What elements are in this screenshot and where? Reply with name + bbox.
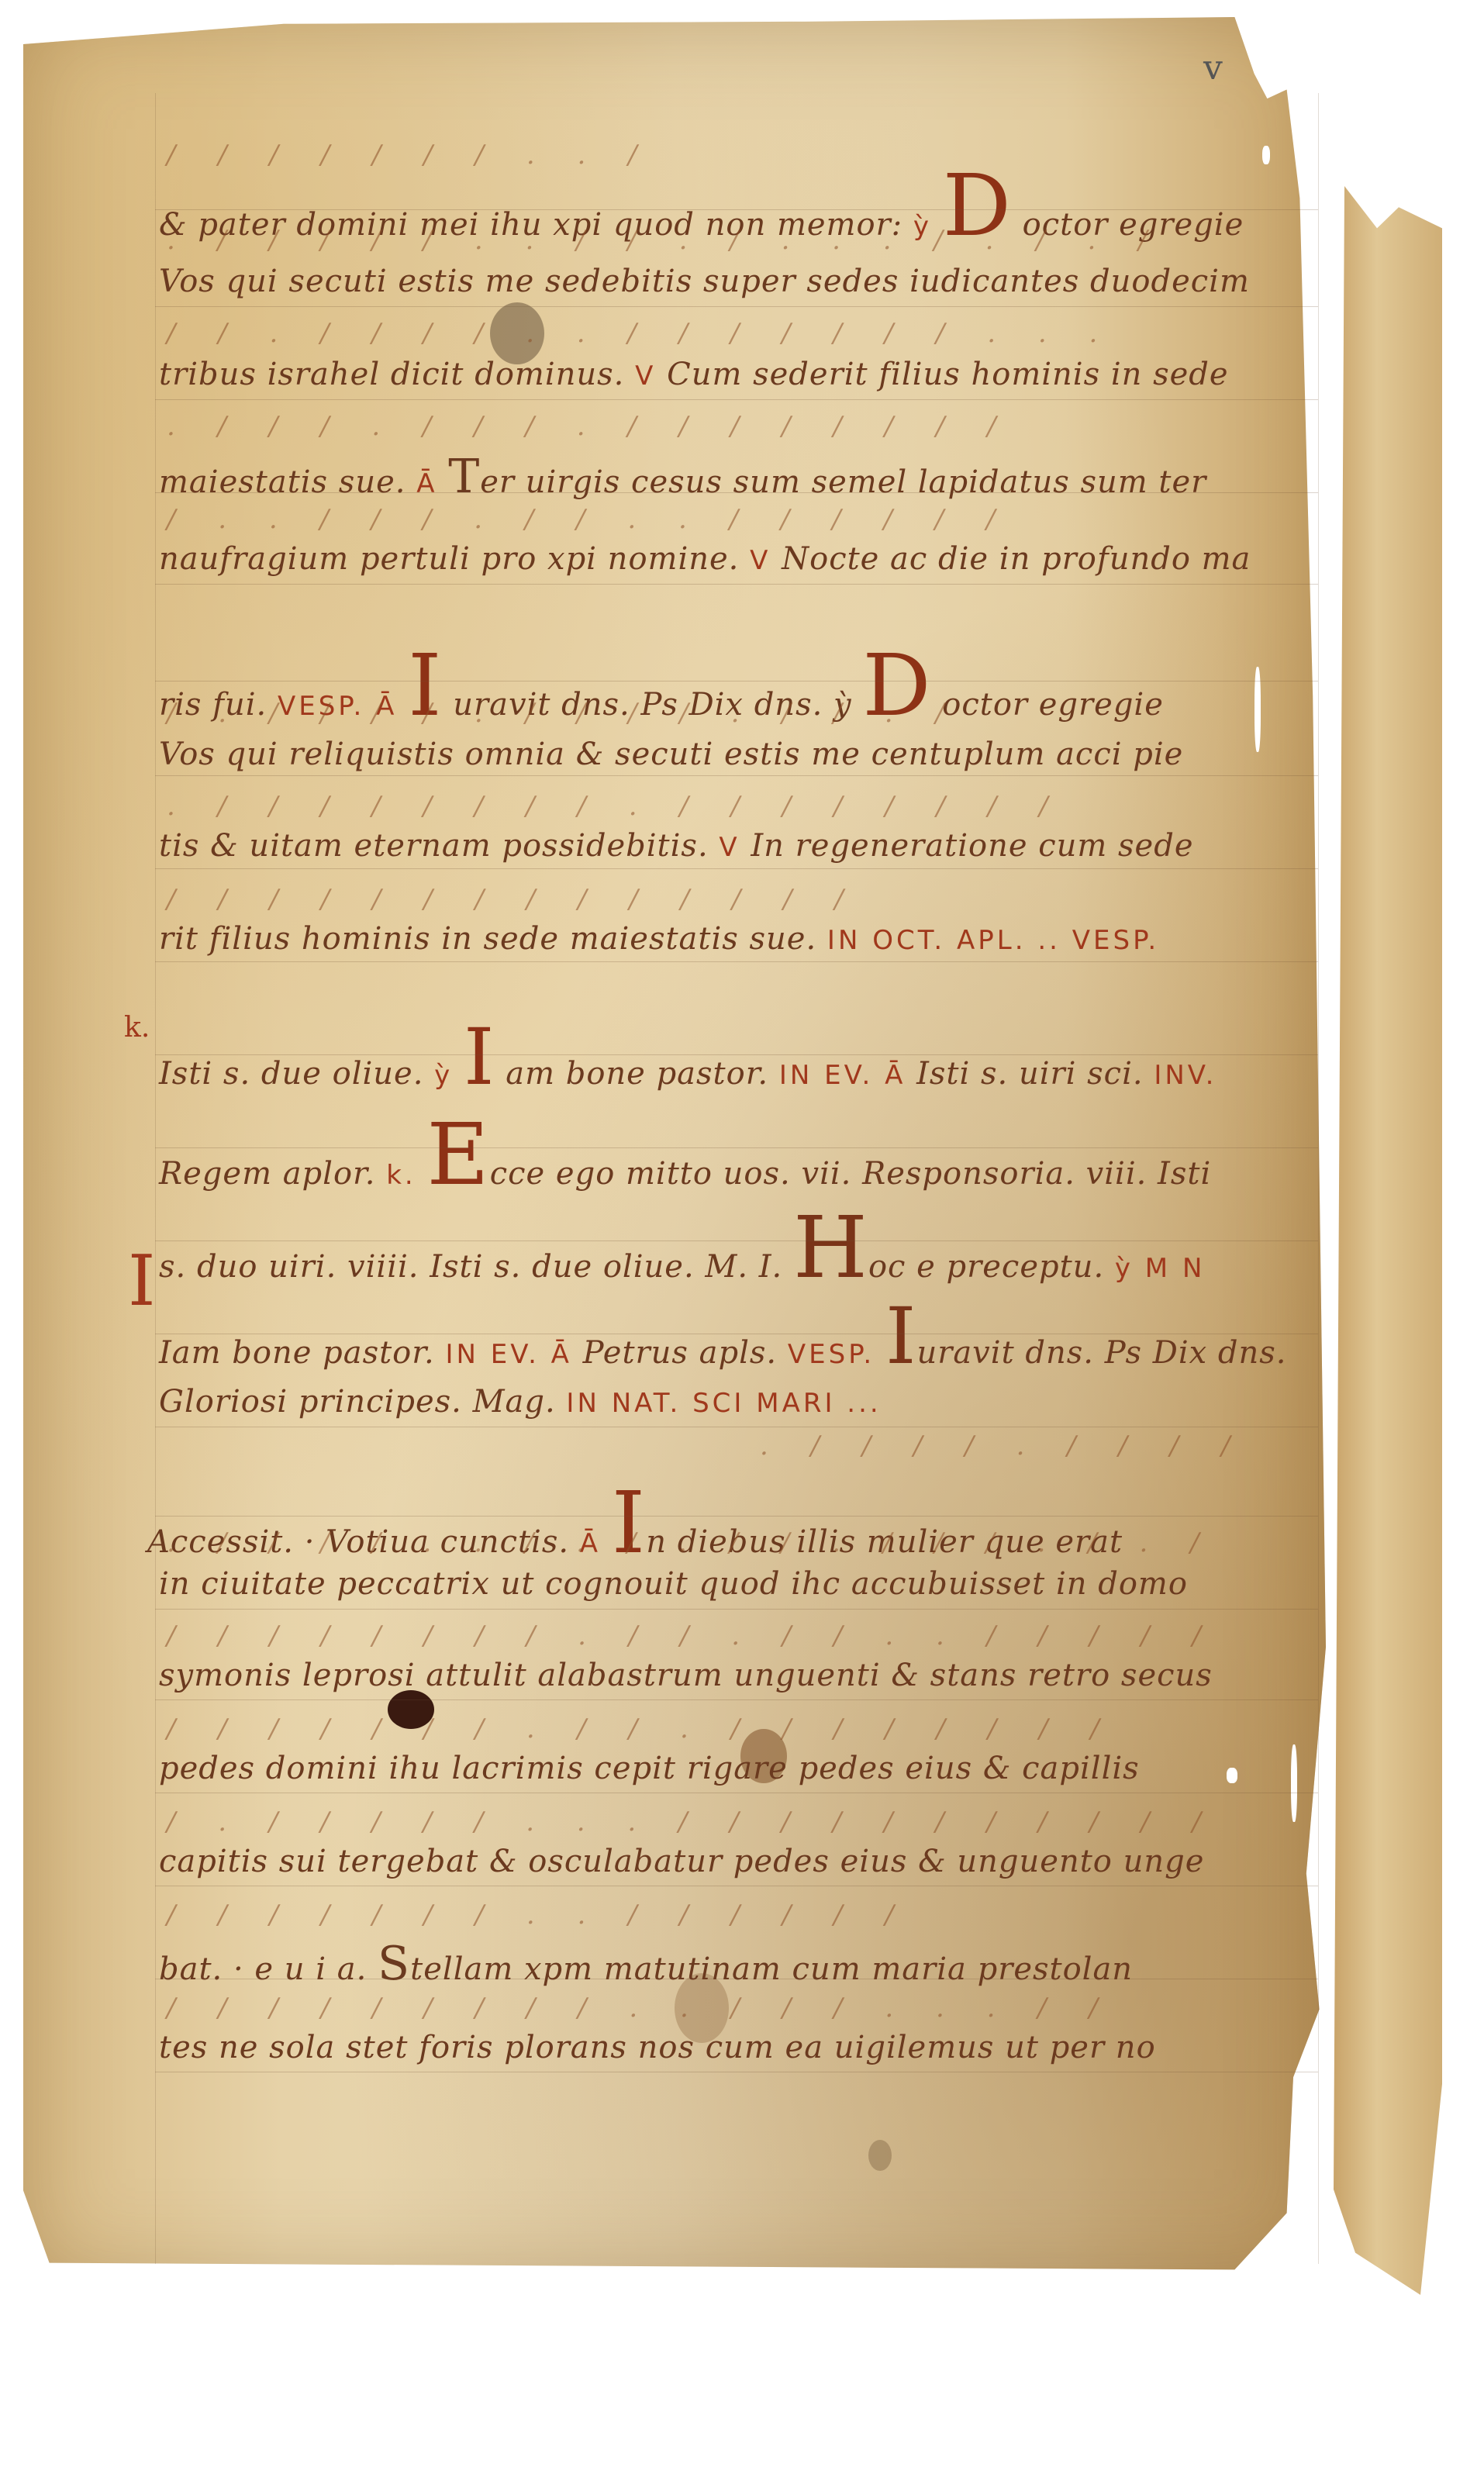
folio-mark: v bbox=[1203, 48, 1223, 88]
ruling-line bbox=[155, 775, 1318, 776]
text-line-21: tes ne sola stet foris plorans nos cum e… bbox=[159, 2030, 1322, 2065]
ruling-line bbox=[155, 584, 1318, 585]
neume-row: / / . / / / / . . / / / / / / / . . . bbox=[167, 318, 1314, 349]
margin-mark: k. bbox=[124, 1012, 150, 1044]
text-line-16: in ciuitate peccatrix ut cognouit quod i… bbox=[159, 1566, 1322, 1602]
neume-row: / / / / / / / . . / / / / / / bbox=[167, 1900, 1314, 1931]
text-line-2: Vos qui secuti estis me sedebitis super … bbox=[159, 264, 1322, 299]
text-line-9: rit filius hominis in sede maiestatis su… bbox=[159, 921, 1322, 957]
ruling-line bbox=[155, 1516, 1318, 1517]
neume-row: / / / / / / / . / / . / / / / / / / / bbox=[167, 1713, 1314, 1744]
ruling-line bbox=[155, 1979, 1318, 1979]
neume-row: / / / / / / / / . / / . / / . . / / / / … bbox=[167, 1620, 1314, 1651]
text-line-18: pedes domini ihu lacrimis cepit rigare p… bbox=[159, 1751, 1322, 1786]
neume-row: / / / / / / / / / . . / / / . . . / / bbox=[167, 1993, 1314, 2024]
text-line-12: s. duo uiri. viiii. Isti s. due oliue. M… bbox=[159, 1198, 1322, 1297]
text-line-4: maiestatis sue. Ā Ter uirgis cesus sum s… bbox=[159, 450, 1322, 504]
neume-row: / . . / / / . / / . . / / / / / / bbox=[167, 504, 1314, 535]
ruling-line bbox=[155, 1240, 1318, 1241]
margin-ruling bbox=[155, 93, 156, 2264]
text-line-3: tribus israhel dicit dominus. V Cum sede… bbox=[159, 357, 1322, 392]
text-line-7: Vos qui reliquistis omnia & secuti estis… bbox=[159, 737, 1322, 772]
margin-initial: I bbox=[128, 1240, 156, 1322]
ruling-line bbox=[155, 961, 1318, 962]
neume-row: . / / / / . / / / / bbox=[760, 1430, 1318, 1461]
ruling-line bbox=[155, 306, 1318, 307]
text-line-11: Regem aplor. k. Ecce ego mitto uos. vii.… bbox=[159, 1105, 1322, 1204]
text-line-19: capitis sui tergebat & osculabatur pedes… bbox=[159, 1844, 1322, 1879]
ruling-line bbox=[155, 209, 1318, 210]
ruling-line bbox=[155, 1054, 1318, 1055]
text-line-17: symonis leprosi attulit alabastrum ungue… bbox=[159, 1658, 1322, 1693]
ruling-line bbox=[155, 399, 1318, 400]
ruling-line bbox=[155, 1793, 1318, 1793]
ruling-line bbox=[155, 1699, 1318, 1700]
text-line-10: Isti s. due oliue. ỳ I am bone pastor. I… bbox=[159, 1012, 1322, 1102]
neume-row: / . / / / / / . . . / / / / / / / / / / … bbox=[167, 1806, 1314, 1837]
torn-edge-strip bbox=[1334, 186, 1442, 2295]
ruling-line bbox=[155, 681, 1318, 681]
neume-row: . / / / / / / / / . / / / / / / / / bbox=[167, 791, 1314, 822]
text-line-20: bat. · e u i a. Stellam xpm matutinam cu… bbox=[159, 1937, 1322, 1991]
neume-row: / / / / / / / / / / / / / / bbox=[167, 884, 1314, 915]
text-line-8: tis & uitam eternam possidebitis. V In r… bbox=[159, 828, 1322, 864]
neume-row: . / / / / . . / . / . / / . / / / . / . … bbox=[167, 1527, 1314, 1558]
ruling-line bbox=[155, 1886, 1318, 1886]
ruling-line bbox=[155, 1427, 1318, 1427]
ruling-line bbox=[155, 2072, 1318, 2072]
neume-row: / . / / / / . / / / / . / / . / bbox=[167, 698, 1314, 729]
ruling-line bbox=[155, 1609, 1318, 1610]
text-line-13: Iam bone pastor. IN EV. Ā Petrus apls. V… bbox=[159, 1291, 1322, 1382]
ruling-line bbox=[155, 868, 1318, 869]
ruling-line bbox=[155, 1334, 1318, 1334]
stain bbox=[868, 2140, 892, 2171]
text-line-14: Gloriosi principes. Mag. IN NAT. SCI MAR… bbox=[159, 1384, 1322, 1420]
ruling-line bbox=[155, 492, 1318, 493]
neume-row: . / / / / / . . / / . / . . . / . / . / bbox=[167, 225, 1314, 256]
ruling-line bbox=[155, 1147, 1318, 1148]
neume-row: . / / / . / / / . / / / / / / / / bbox=[167, 411, 1314, 442]
text-line-5: naufragium pertuli pro xpi nomine. V Noc… bbox=[159, 541, 1322, 577]
